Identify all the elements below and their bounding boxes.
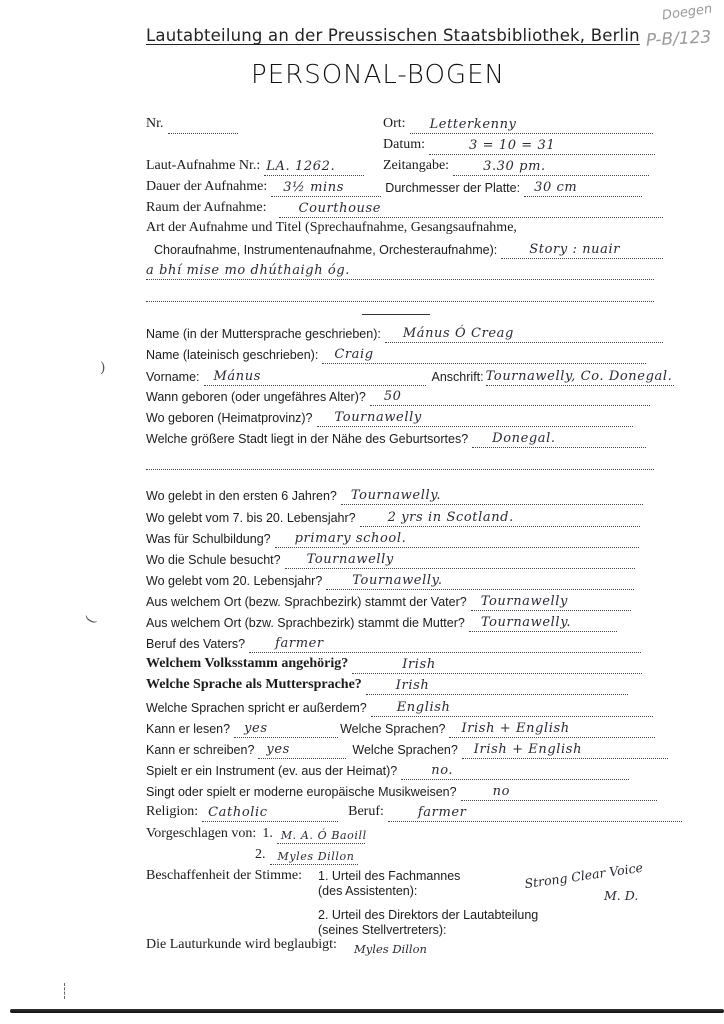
name-mother-field: Name (in der Muttersprache geschrieben):… [146,323,663,343]
vorname-field: Vorname: Mánus Anschrift: Tournawelly, C… [146,366,674,386]
laut-aufnahme-nr-value[interactable]: LA. 1262. [264,157,364,176]
musik-value[interactable]: no [461,782,657,801]
beruf-value[interactable]: farmer [388,803,682,822]
erste6-value[interactable]: Tournawelly. [341,486,643,505]
beglaubigt-label: Die Lauturkunde wird beglaubigt: [146,937,337,953]
vorgeschlagen-label: Vorgeschlagen von: [146,826,256,844]
zeitangabe-label: Zeitangabe: [383,158,449,176]
schulbildung-value[interactable]: primary school. [275,529,639,548]
ab20-field: Wo gelebt vom 20. Lebensjahr? Tournawell… [146,570,634,590]
name-mother-label: Name (in der Muttersprache geschrieben): [146,327,381,343]
dauer-value[interactable]: 3½ mins [271,178,381,197]
durchmesser-label: Durchmesser der Platte: [385,181,520,197]
ab20-value[interactable]: Tournawelly. [326,571,634,590]
person-extra-row [146,450,654,470]
margin-mark-bottom: ( [82,614,99,627]
personal-bogen-form: Lautabteilung an der Preussischen Staats… [0,0,724,1024]
volksstamm-label: Welchem Volksstamm angehörig? [146,656,348,674]
religion-field: Religion: Catholic Beruf: farmer [146,802,682,822]
person-extra-line[interactable] [146,451,654,470]
ort-label: Ort: [383,116,406,134]
art-value-line1[interactable]: Story : nuair [501,240,663,259]
musik-field: Singt oder spielt er moderne europäische… [146,781,657,801]
mutter-ort-field: Aus welchem Ort (bzw. Sprachbezirk) stam… [146,612,617,632]
volksstamm-field: Welchem Volksstamm angehörig? Irish [146,654,642,674]
religion-label: Religion: [146,804,198,822]
durchmesser-value[interactable]: 30 cm [524,178,642,197]
religion-value[interactable]: Catholic [202,803,338,822]
schreiben-sprachen-label: Welche Sprachen? [352,743,457,759]
lesen-field: Kann er lesen? yes Welche Sprachen? Iris… [146,718,655,738]
bis20-label: Wo gelebt vom 7. bis 20. Lebensjahr? [146,511,356,527]
art-label-row: Art der Aufnahme und Titel (Sprechaufnah… [146,218,517,238]
name-latin-value[interactable]: Craig [322,345,646,364]
weitere-sprachen-field: Welche Sprachen spricht er außerdem? Eng… [146,697,653,717]
art-field: Choraufnahme, Instrumentenaufnahme, Orch… [154,239,663,259]
instrument-field: Spielt er ein Instrument (ev. aus der He… [146,760,629,780]
lesen-label: Kann er lesen? [146,722,230,738]
vater-ort-field: Aus welchem Ort (bezw. Sprachbezirk) sta… [146,591,631,611]
form-title: PERSONAL-BOGEN [0,60,724,90]
laut-aufnahme-nr-label: Laut-Aufnahme Nr.: [146,158,260,176]
erste6-field: Wo gelebt in den ersten 6 Jahren? Tourna… [146,485,643,505]
raum-label: Raum der Aufnahme: [146,200,267,218]
nr-value-line[interactable] [168,115,238,134]
vater-ort-label: Aus welchem Ort (bezw. Sprachbezirk) sta… [146,595,467,611]
urteil2-line2: (seines Stellvertreters): [318,923,447,937]
vorgeschlagen-2-num: 2. [255,847,266,865]
raum-value[interactable]: Courthouse [279,199,663,218]
beruf-vater-label: Beruf des Vaters? [146,637,245,653]
geboren-value[interactable]: 50 [370,387,650,406]
art-value-row3 [146,282,654,302]
urteil1-line2: (des Assistenten): [318,884,417,898]
urteil2-line1: 2. Urteil des Direktors der Lautabteilun… [318,908,538,922]
archive-note-name: Doegen [661,1,713,26]
vorgeschlagen-1-field: Vorgeschlagen von: 1. M. A. Ó Baoill [146,824,365,844]
urteil1-line1: 1. Urteil des Fachmannes [318,869,460,883]
schule-field: Wo die Schule besucht? Tournawelly [146,549,635,569]
ort-field: Ort: Letterkenny [383,114,653,134]
nr-label: Nr. [146,116,164,134]
archive-note-ref: P-B/123 [646,28,712,49]
schreiben-sprachen-value[interactable]: Irish + English [462,740,668,759]
instrument-value[interactable]: no. [401,761,629,780]
vorname-label: Vorname: [146,370,200,386]
instrument-label: Spielt er ein Instrument (ev. aus der He… [146,764,397,780]
muttersprache-label: Welche Sprache als Muttersprache? [146,677,362,695]
musik-label: Singt oder spielt er moderne europäische… [146,785,457,801]
datum-value[interactable]: 3 = 10 = 31 [429,136,655,155]
anschrift-value[interactable]: Tournawelly, Co. Donegal. [486,367,674,386]
datum-field: Datum: 3 = 10 = 31 [383,135,655,155]
art-label-line2: Choraufnahme, Instrumentenaufnahme, Orch… [154,243,497,259]
schreiben-field: Kann er schreiben? yes Welche Sprachen? … [146,739,668,759]
stimme-label: Beschaffenheit der Stimme: [146,868,302,884]
beruf-vater-value[interactable]: farmer [249,634,641,653]
weitere-sprachen-label: Welche Sprachen spricht er außerdem? [146,701,367,717]
bis20-value[interactable]: 2 yrs in Scotland. [360,508,640,527]
raum-field: Raum der Aufnahme: Courthouse [146,198,663,218]
lesen-sprachen-label: Welche Sprachen? [340,722,445,738]
vorgeschlagen-1-value[interactable]: M. A. Ó Baoill [277,825,365,844]
schulbildung-label: Was für Schulbildung? [146,532,271,548]
nr-field: Nr. [146,114,238,134]
geboren-label: Wann geboren (oder ungefähres Alter)? [146,390,366,406]
anschrift-label: Anschrift: [432,370,484,386]
weitere-sprachen-value[interactable]: English [371,698,653,717]
lesen-value[interactable]: yes [234,719,338,738]
zeitangabe-value[interactable]: 3.30 pm. [453,157,649,176]
muttersprache-value[interactable]: Irish [366,676,628,695]
laut-aufnahme-nr-field: Laut-Aufnahme Nr.: LA. 1262. [146,156,364,176]
name-mother-value[interactable]: Mánus Ó Creag [385,324,663,343]
mutter-ort-value[interactable]: Tournawelly. [469,613,617,632]
margin-mark-top: ) [100,360,105,376]
vorname-value[interactable]: Mánus [204,367,426,386]
vorgeschlagen-1-num: 1. [262,826,273,844]
vorgeschlagen-2-field: 2. Myles Dillon [255,845,358,865]
stadt-field: Welche größere Stadt liegt in der Nähe d… [146,428,646,448]
wo-geboren-label: Wo geboren (Heimatprovinz)? [146,411,313,427]
institution-header: Lautabteilung an der Preussischen Staats… [146,26,640,45]
art-label-line1: Art der Aufnahme und Titel (Sprechaufnah… [146,220,517,238]
bis20-field: Wo gelebt vom 7. bis 20. Lebensjahr? 2 y… [146,507,640,527]
schreiben-value[interactable]: yes [258,740,346,759]
ort-value[interactable]: Letterkenny [410,115,653,134]
art-value-row2: a bhí mise mo dhúthaigh óg. [146,260,654,280]
ab20-label: Wo gelebt vom 20. Lebensjahr? [146,574,322,590]
wo-geboren-value[interactable]: Tournawelly [317,408,633,427]
stadt-label: Welche größere Stadt liegt in der Nähe d… [146,432,468,448]
art-value-line3[interactable] [146,283,654,302]
archive-annotation: Doegen P-B/123 [650,2,724,64]
schreiben-label: Kann er schreiben? [146,743,254,759]
schule-label: Wo die Schule besucht? [146,553,281,569]
beruf-vater-field: Beruf des Vaters? farmer [146,633,641,653]
zeitangabe-field: Zeitangabe: 3.30 pm. [383,156,649,176]
mutter-ort-label: Aus welchem Ort (bzw. Sprachbezirk) stam… [146,616,465,632]
art-value-line2[interactable]: a bhí mise mo dhúthaigh óg. [146,261,654,280]
dauer-label: Dauer der Aufnahme: [146,179,267,197]
lesen-sprachen-value[interactable]: Irish + English [449,719,655,738]
stadt-value[interactable]: Donegal. [472,429,646,448]
name-latin-label: Name (lateinisch geschrieben): [146,348,318,364]
datum-label: Datum: [383,137,425,155]
vorgeschlagen-2-value[interactable]: Myles Dillon [270,846,358,865]
urteil1-initials: M. D. [604,888,638,903]
section-divider [362,314,430,315]
urteil1-value: Strong Clear Voice [524,860,644,891]
erste6-label: Wo gelebt in den ersten 6 Jahren? [146,489,337,505]
geboren-field: Wann geboren (oder ungefähres Alter)? 50 [146,386,650,406]
volksstamm-value[interactable]: Irish [352,655,642,674]
beruf-label: Beruf: [348,804,384,822]
schule-value[interactable]: Tournawelly [285,550,635,569]
scan-tick-mark [64,983,66,999]
vater-ort-value[interactable]: Tournawelly [471,592,631,611]
wo-geboren-field: Wo geboren (Heimatprovinz)? Tournawelly [146,407,633,427]
beglaubigt-signature: Myles Dillon [354,942,427,956]
scan-bottom-edge [10,1009,724,1013]
dauer-field: Dauer der Aufnahme: 3½ mins Durchmesser … [146,177,642,197]
name-latin-field: Name (lateinisch geschrieben): Craig [146,344,646,364]
muttersprache-field: Welche Sprache als Muttersprache? Irish [146,675,628,695]
schulbildung-field: Was für Schulbildung? primary school. [146,528,639,548]
